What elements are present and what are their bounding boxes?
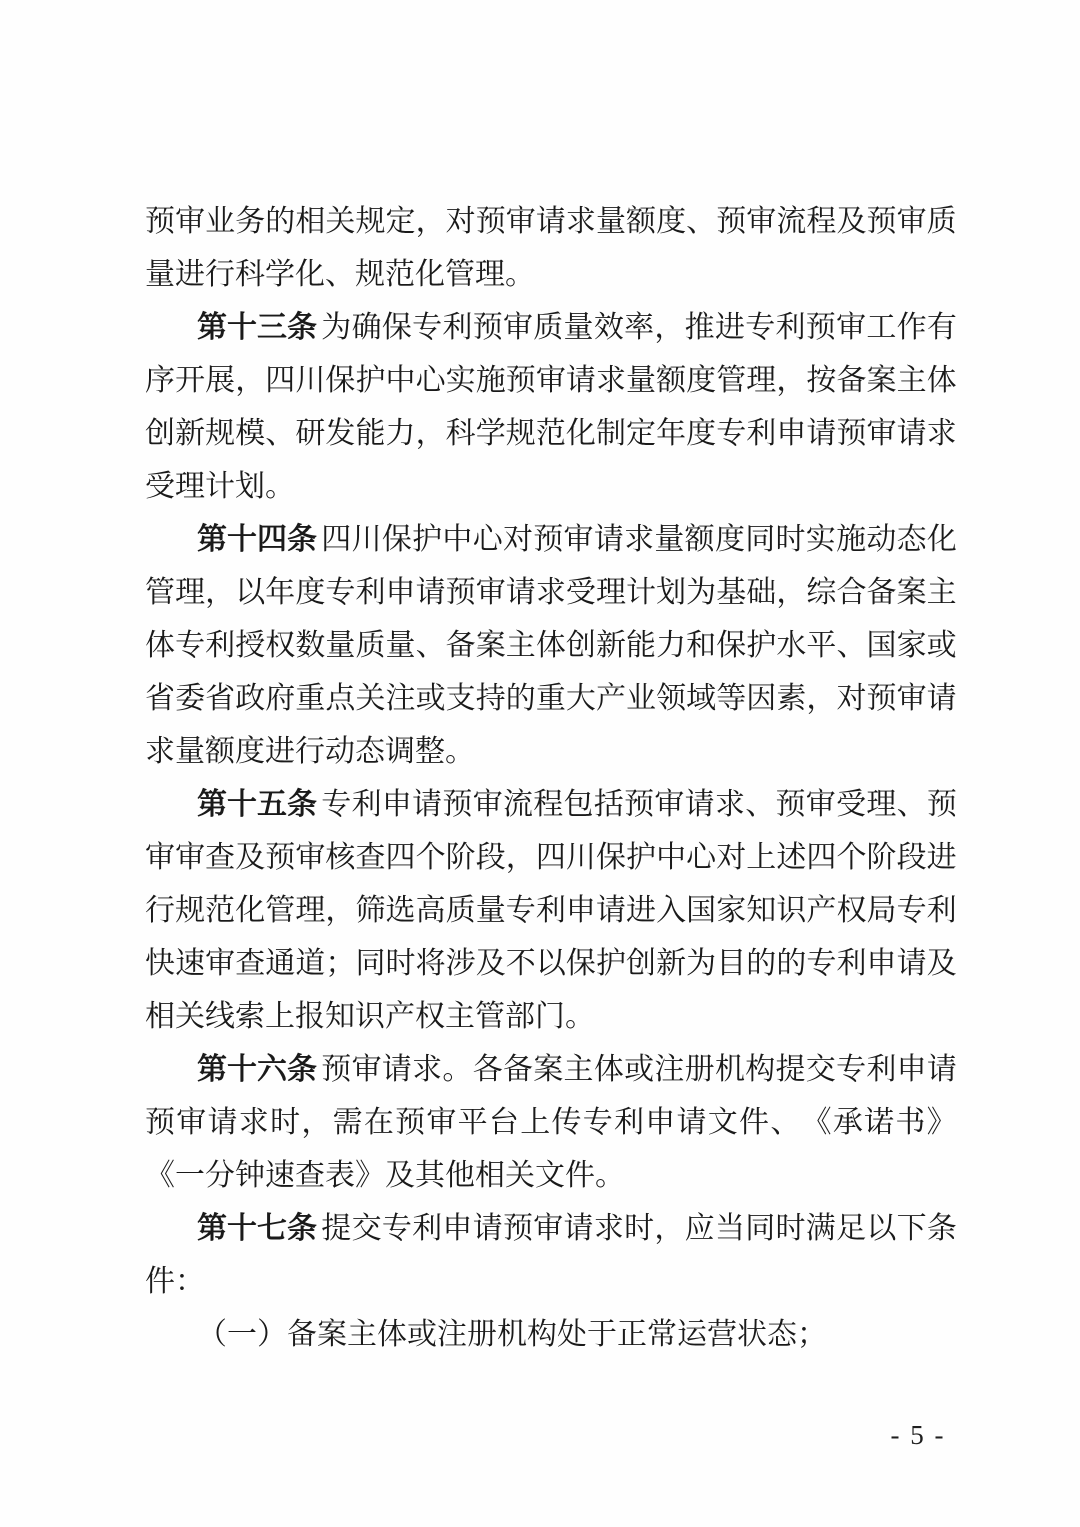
char: 作	[897, 301, 927, 354]
char: 和	[686, 619, 716, 672]
char: 审	[867, 407, 897, 460]
char: 省	[205, 672, 235, 725]
char: ，	[776, 354, 806, 407]
article-line: 第十五条专利申请预审流程包括预审请求、预审受理、预	[145, 778, 957, 831]
text-line: 序开展，四川保护中心实施预审请求量额度管理，按备案主体	[145, 354, 957, 407]
char: 目	[716, 937, 746, 990]
char: 利	[205, 619, 235, 672]
char: 请	[677, 1096, 707, 1149]
char: 上	[746, 831, 776, 884]
char: 量	[626, 354, 656, 407]
char: 查	[205, 831, 235, 884]
article-number: 第十六条	[197, 1043, 317, 1096]
char: 进	[715, 301, 745, 354]
char: 数	[295, 619, 325, 672]
char: 传	[551, 1096, 581, 1149]
char: 及	[836, 195, 866, 248]
char: 涉	[446, 937, 476, 990]
char: 的	[746, 937, 776, 990]
char: 流	[503, 778, 533, 831]
char: 相	[295, 195, 325, 248]
char: 计	[626, 566, 656, 619]
char: 审	[176, 1096, 206, 1149]
char: 利	[746, 407, 776, 460]
char: 主	[506, 619, 536, 672]
char: 量	[596, 195, 626, 248]
char: 合	[836, 566, 866, 619]
char: ，	[325, 884, 355, 937]
char: 预	[145, 1096, 175, 1149]
char: 平	[458, 1096, 488, 1149]
char: 力	[656, 619, 686, 672]
char: 利	[927, 884, 957, 937]
char: 中	[656, 831, 686, 884]
char: 心	[473, 513, 503, 566]
char: 审	[836, 301, 866, 354]
char: 程	[533, 778, 563, 831]
text-line: 省委省政府重点关注或支持的重大产业领域等因素，对预审请	[145, 672, 957, 725]
char: 求	[594, 1202, 624, 1255]
document-page: 预审业务的相关规定，对预审请求量额度、预审流程及预审质量进行科学化、规范化管理。…	[0, 0, 1080, 1527]
char: 求	[239, 1096, 269, 1149]
char: 序	[145, 354, 175, 407]
char: 请	[564, 1202, 594, 1255]
char: 台	[489, 1096, 519, 1149]
char: 利	[776, 301, 806, 354]
char: 、	[686, 195, 716, 248]
char: 按	[806, 354, 836, 407]
char: 川	[352, 513, 382, 566]
char: 申	[566, 884, 596, 937]
char: 护	[412, 513, 442, 566]
char: 利	[866, 1043, 896, 1096]
char: 理	[295, 884, 325, 937]
char: 知	[746, 884, 776, 937]
char: 保	[596, 831, 626, 884]
char: 量	[564, 301, 594, 354]
char: 量	[476, 884, 506, 937]
char: 素	[776, 672, 806, 725]
char: 利	[352, 778, 382, 831]
char: 模	[235, 407, 265, 460]
char: 交	[806, 1043, 836, 1096]
char: 申	[776, 407, 806, 460]
char: 求	[536, 566, 566, 619]
char: 利	[355, 566, 385, 619]
char: 新	[656, 937, 686, 990]
char: 专	[806, 937, 836, 990]
char: 管	[716, 354, 746, 407]
char: 等	[716, 672, 746, 725]
char: 平	[806, 619, 836, 672]
char: 审	[746, 195, 776, 248]
char: ，	[654, 1202, 684, 1255]
char: 产	[806, 884, 836, 937]
char: 关	[355, 672, 385, 725]
char: 权	[836, 884, 866, 937]
char: 施	[476, 354, 506, 407]
char: 请	[473, 1202, 503, 1255]
text-line: （一）备案主体或注册机构处于正常运营状态；	[145, 1308, 957, 1361]
char: 预	[265, 831, 295, 884]
char: 对	[836, 672, 866, 725]
char: 四	[265, 354, 295, 407]
char: 创	[626, 937, 656, 990]
char: 的	[265, 195, 295, 248]
char: 化	[566, 407, 596, 460]
char: 请	[897, 407, 927, 460]
char: 度	[686, 407, 716, 460]
char: 大	[566, 672, 596, 725]
char: 或	[416, 672, 446, 725]
char: 主	[564, 1043, 594, 1096]
char: 理	[746, 354, 776, 407]
char: 条	[927, 1202, 957, 1255]
char: 研	[295, 407, 325, 460]
char: 护	[626, 831, 656, 884]
char: 请	[897, 937, 927, 990]
char: 四	[806, 831, 836, 884]
char: 学	[476, 407, 506, 460]
char: 高	[416, 884, 446, 937]
char: 对	[716, 831, 746, 884]
text-line: 创新规模、研发能力，科学规范化制定年度专利申请预审请求	[145, 407, 957, 460]
char: 预	[476, 195, 506, 248]
char: 下	[897, 1202, 927, 1255]
article-line: 第十四条四川保护中心对预审请求量额度同时实施动态化	[145, 513, 957, 566]
char: 将	[416, 937, 446, 990]
char: 申	[442, 1202, 472, 1255]
char: 诺	[864, 1096, 894, 1149]
char: 展	[205, 354, 235, 407]
char: 阶	[446, 831, 476, 884]
char: 或	[927, 619, 957, 672]
char: 量	[386, 619, 416, 672]
char: 规	[205, 407, 235, 460]
char: 基	[716, 566, 746, 619]
char: 请	[416, 566, 446, 619]
char: 审	[175, 831, 205, 884]
char: 实	[446, 354, 476, 407]
char: 发	[325, 407, 355, 460]
char: 理	[596, 566, 626, 619]
char: 护	[746, 619, 776, 672]
char: 阶	[867, 831, 897, 884]
char: 保	[382, 513, 412, 566]
char: 、	[416, 619, 446, 672]
char: 注	[654, 1043, 684, 1096]
char: 管	[145, 566, 175, 619]
char: 度	[686, 354, 716, 407]
char: ，	[301, 1096, 331, 1149]
char: 识	[776, 884, 806, 937]
char: 以	[235, 566, 265, 619]
char: 及	[476, 937, 506, 990]
char: 预	[776, 778, 806, 831]
char: 水	[776, 619, 806, 672]
article-number: 第十四条	[197, 513, 317, 566]
char: 审	[506, 195, 536, 248]
article-number: 第十三条	[197, 301, 317, 354]
char: 保	[566, 937, 596, 990]
char: 预	[503, 1202, 533, 1255]
article-number: 第十五条	[197, 778, 317, 831]
char: 质	[446, 884, 476, 937]
char: 有	[927, 301, 957, 354]
char: 段	[476, 831, 506, 884]
char: 年	[656, 407, 686, 460]
char: 查	[235, 937, 265, 990]
char: 创	[145, 407, 175, 460]
char: 行	[145, 884, 175, 937]
char: 综	[806, 566, 836, 619]
char: 求	[596, 354, 626, 407]
char: 规	[175, 884, 205, 937]
char: 额	[685, 513, 715, 566]
char: 心	[416, 354, 446, 407]
char: 机	[715, 1043, 745, 1096]
char: 审	[473, 778, 503, 831]
char: 创	[566, 619, 596, 672]
char: ，	[416, 407, 446, 460]
char: 定	[386, 195, 416, 248]
char: 支	[446, 672, 476, 725]
char: 《	[802, 1096, 832, 1149]
char: 审	[145, 831, 175, 884]
char: 时	[624, 1202, 654, 1255]
char: 、	[265, 407, 295, 460]
char: 审	[564, 513, 594, 566]
char: 省	[145, 672, 175, 725]
char: 确	[352, 301, 382, 354]
char: 质	[533, 301, 563, 354]
char: 个	[416, 831, 446, 884]
char: 流	[776, 195, 806, 248]
char: 利	[442, 301, 472, 354]
char: 授	[235, 619, 265, 672]
char: 受	[836, 778, 866, 831]
char: 对	[503, 513, 533, 566]
char: 请	[596, 884, 626, 937]
char: 括	[594, 778, 624, 831]
char: 度	[715, 513, 745, 566]
char: 额	[626, 195, 656, 248]
text-line: 相关线索上报知识产权主管部门。	[145, 990, 957, 1043]
char: 案	[867, 354, 897, 407]
char: 中	[442, 513, 472, 566]
char: 国	[867, 619, 897, 672]
char: 求	[927, 407, 957, 460]
char: 时	[270, 1096, 300, 1149]
char: 审	[503, 301, 533, 354]
char: 专	[325, 566, 355, 619]
char: 专	[897, 884, 927, 937]
char: 因	[746, 672, 776, 725]
char: 请	[566, 354, 596, 407]
char: 案	[533, 1043, 563, 1096]
char: 时	[776, 1202, 806, 1255]
char: 请	[927, 1043, 957, 1096]
char: 或	[624, 1043, 654, 1096]
char: 预	[442, 778, 472, 831]
char: 述	[776, 831, 806, 884]
char: 划	[656, 566, 686, 619]
char: ，	[776, 566, 806, 619]
char: 专	[321, 778, 351, 831]
char: 承	[833, 1096, 863, 1149]
char: 审	[533, 1202, 563, 1255]
char: 案	[476, 619, 506, 672]
char: 预	[806, 301, 836, 354]
char: 主	[927, 566, 957, 619]
char: 务	[235, 195, 265, 248]
char: 中	[386, 354, 416, 407]
char: 为	[321, 301, 351, 354]
char: 求	[566, 195, 596, 248]
page-number: - 5 -	[870, 1418, 966, 1452]
char: 审	[654, 778, 684, 831]
char: 四	[536, 831, 566, 884]
char: 点	[325, 672, 355, 725]
char: 施	[836, 513, 866, 566]
char: 专	[175, 619, 205, 672]
char: 核	[325, 831, 355, 884]
char: 的	[776, 937, 806, 990]
char: 在	[364, 1096, 394, 1149]
char: 川	[295, 354, 325, 407]
char: 审	[897, 672, 927, 725]
char: 时	[386, 937, 416, 990]
char: 家	[897, 619, 927, 672]
text-line: 管理，以年度专利申请预审请求受理计划为基础，综合备案主	[145, 566, 957, 619]
char: 利	[614, 1096, 644, 1149]
char: 保	[382, 301, 412, 354]
char: 预	[533, 513, 563, 566]
char: 为	[686, 566, 716, 619]
char: 求	[412, 1043, 442, 1096]
article-number: 第十七条	[197, 1202, 317, 1255]
char: 础	[746, 566, 776, 619]
char: 、	[770, 1096, 800, 1149]
char: 备	[867, 566, 897, 619]
char: 入	[656, 884, 686, 937]
char: 需	[333, 1096, 363, 1149]
char: 请	[594, 513, 624, 566]
char: 同	[745, 1202, 775, 1255]
char: 选	[386, 884, 416, 937]
text-line: 审审查及预审核查四个阶段，四川保护中心对上述四个阶段进	[145, 831, 957, 884]
char: 预	[446, 566, 476, 619]
char: 态	[897, 513, 927, 566]
char: 体	[145, 619, 175, 672]
char: 护	[596, 937, 626, 990]
char: 额	[656, 354, 686, 407]
char: 能	[626, 619, 656, 672]
char: 构	[745, 1043, 775, 1096]
char: 理	[175, 566, 205, 619]
char: 预	[506, 354, 536, 407]
char: 能	[355, 407, 385, 460]
char: 专	[382, 1202, 412, 1255]
char: 家	[716, 884, 746, 937]
char: 预	[836, 407, 866, 460]
char: 、	[897, 778, 927, 831]
char: ，	[416, 195, 446, 248]
char: 件	[739, 1096, 769, 1149]
text-line: 预审业务的相关规定，对预审请求量额度、预审流程及预审质	[145, 195, 957, 248]
char: 管	[265, 884, 295, 937]
char: 提	[776, 1043, 806, 1096]
char: 求	[624, 513, 654, 566]
char: 府	[265, 672, 295, 725]
char: 领	[656, 672, 686, 725]
char: 以	[866, 1202, 896, 1255]
char: 不	[506, 937, 536, 990]
char: 请	[685, 778, 715, 831]
char: 利	[836, 937, 866, 990]
char: 权	[265, 619, 295, 672]
text-line: 快速审查通道；同时将涉及不以保护创新为目的的专利申请及	[145, 937, 957, 990]
char: 请	[536, 195, 566, 248]
char: 主	[897, 354, 927, 407]
char: ；	[325, 937, 355, 990]
char: 受	[566, 566, 596, 619]
char: 满	[806, 1202, 836, 1255]
char: 审	[806, 778, 836, 831]
char: 业	[626, 672, 656, 725]
char: 查	[355, 831, 385, 884]
char: 及	[927, 937, 957, 990]
char: 审	[476, 566, 506, 619]
char: 年	[265, 566, 295, 619]
char: 专	[506, 884, 536, 937]
char: 预	[395, 1096, 425, 1149]
char: 专	[412, 301, 442, 354]
char: 请	[208, 1096, 238, 1149]
char: 利	[536, 884, 566, 937]
char: 通	[265, 937, 295, 990]
char: 同	[355, 937, 385, 990]
article-line: 第十三条为确保专利预审质量效率，推进专利预审工作有	[145, 301, 957, 354]
article-line: 第十六条预审请求。各备案主体或注册机构提交专利申请	[145, 1043, 957, 1096]
char: 专	[716, 407, 746, 460]
char: 及	[235, 831, 265, 884]
text-line: 《一分钟速查表》及其他相关文件。	[145, 1149, 957, 1202]
char: 程	[806, 195, 836, 248]
char: ，	[205, 566, 235, 619]
char: 提	[321, 1202, 351, 1255]
char: 申	[386, 566, 416, 619]
char: 开	[175, 354, 205, 407]
char: 利	[412, 1202, 442, 1255]
char: 护	[355, 354, 385, 407]
char: 川	[566, 831, 596, 884]
char: 册	[685, 1043, 715, 1096]
char: 预	[716, 195, 746, 248]
document-body: 预审业务的相关规定，对预审请求量额度、预审流程及预审质量进行科学化、规范化管理。…	[145, 195, 957, 1361]
char: 预	[867, 672, 897, 725]
char: 保	[716, 619, 746, 672]
char: 注	[386, 672, 416, 725]
char: 预	[321, 1043, 351, 1096]
char: 体	[594, 1043, 624, 1096]
char: 为	[686, 937, 716, 990]
char: 质	[927, 195, 957, 248]
char: 重	[295, 672, 325, 725]
char: 进	[626, 884, 656, 937]
char: ，	[506, 831, 536, 884]
char: 定	[626, 407, 656, 460]
